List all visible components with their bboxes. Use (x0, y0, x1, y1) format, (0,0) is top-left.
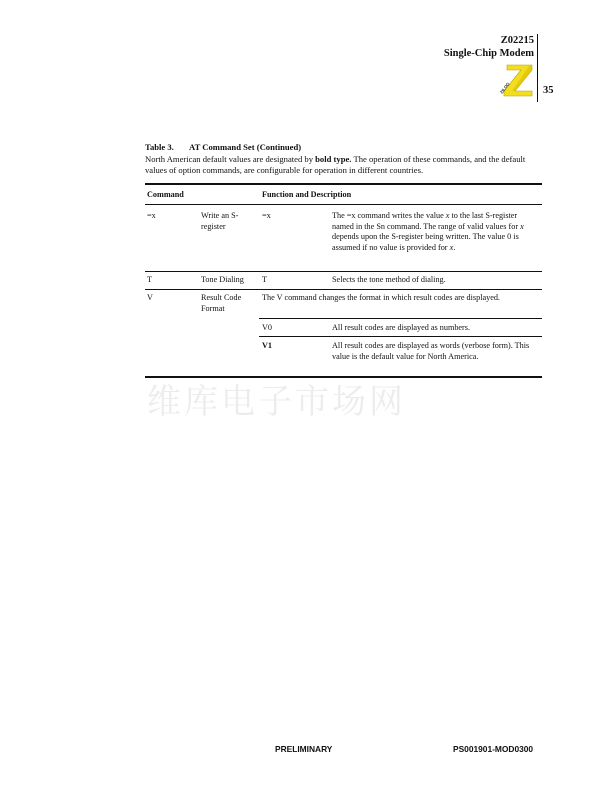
cell-command: T (147, 275, 152, 286)
table-number: Table 3. (145, 142, 189, 154)
cell-intro: The V command changes the format in whic… (262, 293, 532, 304)
table-row: T Tone Dialing T Selects the tone method… (145, 272, 542, 289)
table-header-row: Command Function and Description (145, 185, 542, 204)
table-caption: Table 3.AT Command Set (Continued) North… (145, 142, 543, 177)
header-function: Function and Description (262, 190, 351, 201)
subrow-rule (259, 318, 542, 319)
table-note: North American default values are design… (145, 154, 543, 177)
cell-param: T (262, 275, 267, 286)
cell-function: Result Code Format (201, 293, 259, 314)
header-divider (537, 34, 538, 102)
running-header: Z02215 Single-Chip Modem (444, 34, 534, 60)
cell-command: V (147, 293, 153, 304)
subrow-rule (259, 336, 542, 337)
cell-param: =x (262, 211, 271, 222)
table-title-text: AT Command Set (Continued) (189, 142, 301, 152)
page-number: 35 (543, 85, 554, 96)
footer-status: PRELIMINARY (275, 744, 332, 754)
note-text: North American default values are design… (145, 154, 315, 164)
table-row: =x Write an S-register =x The =x command… (145, 205, 542, 271)
footer-doc-number: PS001901-MOD0300 (453, 744, 533, 754)
doc-title: Single-Chip Modem (444, 47, 534, 60)
doc-id: Z02215 (444, 34, 534, 47)
at-command-table: Command Function and Description =x Writ… (145, 183, 542, 378)
table-row: V Result Code Format The V command chang… (145, 290, 542, 376)
cell-function: Tone Dialing (201, 275, 271, 286)
option-param: V0 (262, 323, 272, 334)
option-param-default: V1 (262, 341, 272, 352)
zilog-logo-icon: ZILOG (499, 63, 533, 97)
cell-function: Write an S-register (201, 211, 259, 232)
option-description: All result codes are displayed as number… (332, 323, 540, 334)
header-command: Command (147, 190, 184, 201)
note-bold: bold type. (315, 154, 351, 164)
option-description: All result codes are displayed as words … (332, 341, 540, 362)
table-title: Table 3.AT Command Set (Continued) (145, 142, 543, 154)
cell-description: The =x command writes the value x to the… (332, 211, 540, 254)
cell-description: Selects the tone method of dialing. (332, 275, 540, 286)
watermark: 维库电子市场网 (147, 374, 406, 423)
cell-command: =x (147, 211, 156, 222)
